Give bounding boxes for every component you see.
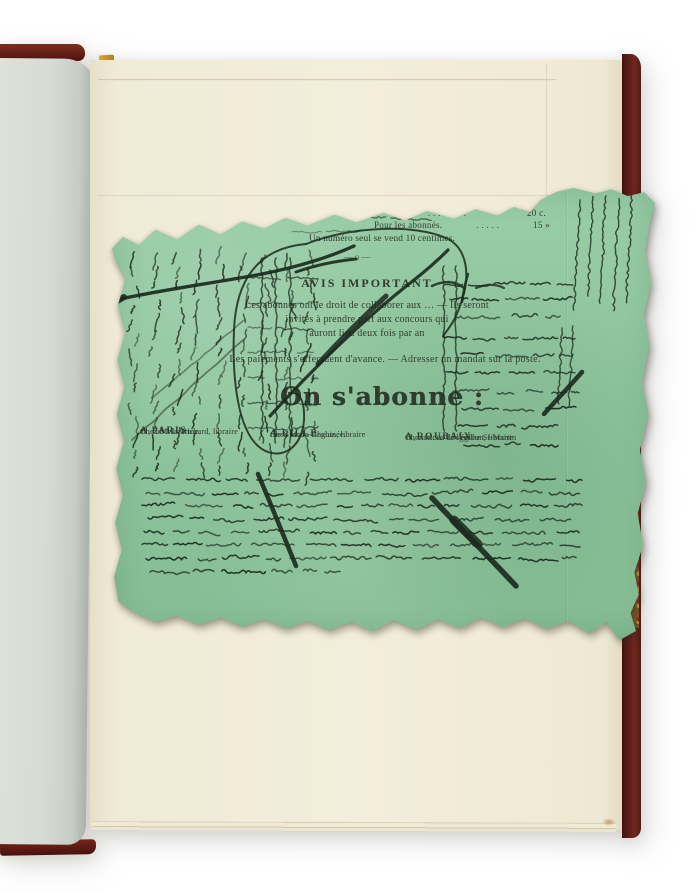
open-book: . . . . . . . . 20 c. Pour les abonnés. … xyxy=(0,0,700,893)
green-printed-clipping: . . . . . . . . 20 c. Pour les abonnés. … xyxy=(112,188,655,640)
photograph: . . . . . . . . 20 c. Pour les abonnés. … xyxy=(0,0,700,893)
handwriting-ink-layer xyxy=(112,188,655,640)
left-blank-page xyxy=(0,58,94,845)
foxing-spot xyxy=(602,818,616,826)
tipped-in-leaf-edge xyxy=(98,79,556,81)
green-clipping-wrap: . . . . . . . . 20 c. Pour les abonnés. … xyxy=(112,188,655,640)
page-block-bottom-edge xyxy=(92,821,616,835)
